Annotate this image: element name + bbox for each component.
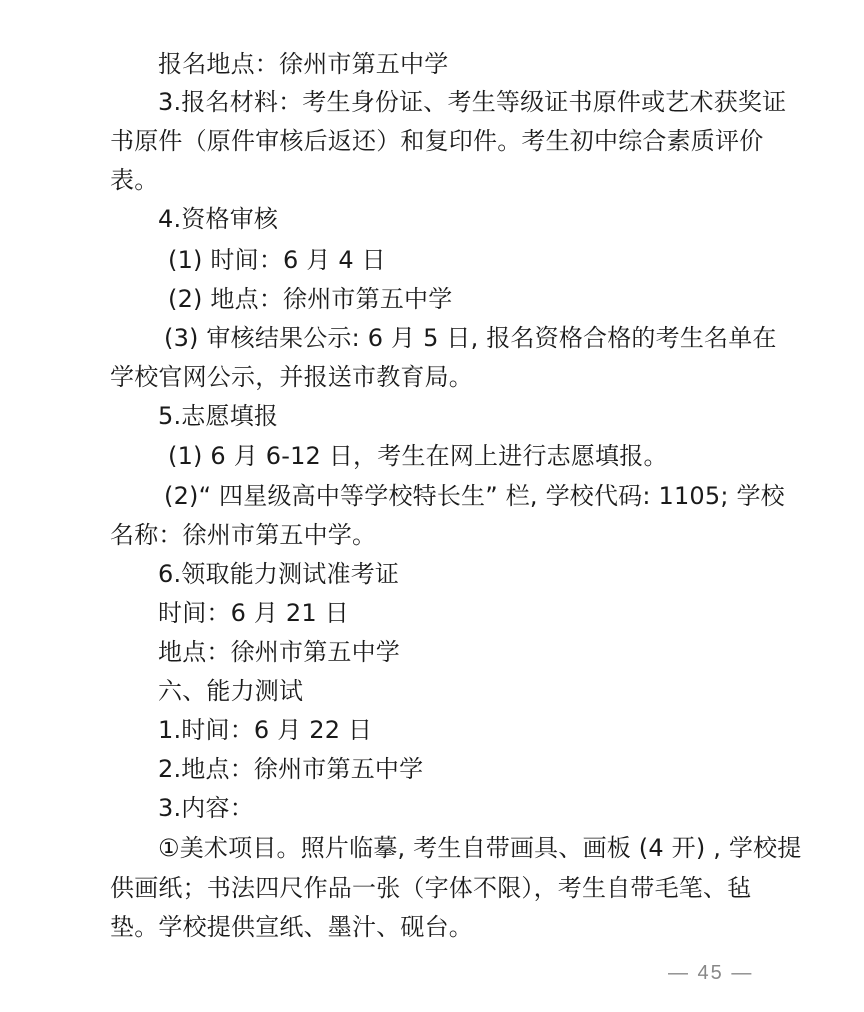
text-line: 3.报名材料：考生身份证、考生等级证书原件或艺术获奖证 [158,86,786,118]
document-page: 报名地点：徐州市第五中学 3.报名材料：考生身份证、考生等级证书原件或艺术获奖证… [0,0,864,1012]
text-line: 学校官网公示，并报送市教育局。 [110,361,473,393]
text-line: 5.志愿填报 [158,400,278,432]
text-line: 供画纸；书法四尺作品一张（字体不限），考生自带毛笔、毡 [110,872,751,904]
text-line: 表。 [110,164,158,196]
text-line: 六、能力测试 [158,675,303,707]
text-line: (2) 地点：徐州市第五中学 [168,283,452,315]
text-line: 地点：徐州市第五中学 [158,636,400,668]
text-line: 1.时间：6 月 22 日 [158,714,372,746]
text-line: ①美术项目。照片临摹, 考生自带画具、画板 (4 开) , 学校提 [158,832,802,864]
text-line: 名称：徐州市第五中学。 [110,519,376,551]
text-line: 书原件（原件审核后返还）和复印件。考生初中综合素质评价 [110,125,763,157]
text-line: (2)“ 四星级高中等学校特长生” 栏, 学校代码: 1105; 学校 [164,480,785,512]
text-line: 4.资格审核 [158,203,278,235]
text-line: 时间：6 月 21 日 [158,597,349,629]
text-line: 3.内容： [158,792,254,824]
text-line: 2.地点：徐州市第五中学 [158,753,423,785]
text-line: 6.领取能力测试准考证 [158,558,399,590]
text-line: (3) 审核结果公示: 6 月 5 日, 报名资格合格的考生名单在 [164,322,777,354]
text-line: 报名地点：徐州市第五中学 [158,48,448,80]
page-number: — 45 — [668,962,753,985]
text-line: 垫。学校提供宣纸、墨汁、砚台。 [110,911,473,943]
text-line: (1) 6 月 6-12 日，考生在网上进行志愿填报。 [168,440,668,472]
text-line: (1) 时间：6 月 4 日 [168,244,386,276]
